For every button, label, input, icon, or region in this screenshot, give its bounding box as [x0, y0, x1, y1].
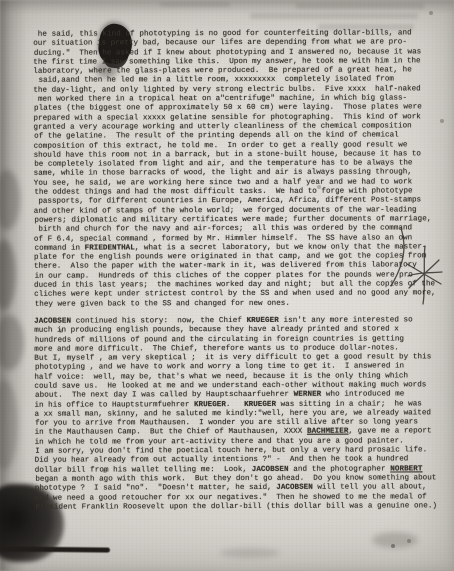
text-line: be completely isolated from light and ai…: [34, 159, 448, 170]
margin-smudge: [220, 548, 280, 558]
paragraph: JACOBSEN continued his story: now, the C…: [34, 316, 449, 513]
text-line: I am sorry, you don't find the poetical …: [35, 446, 449, 457]
text-line: about. The next day I was called by Haup…: [35, 391, 449, 402]
margin-smudge: [372, 532, 418, 548]
text-line: ducing." Then he asked if I knew about p…: [34, 48, 448, 59]
dust-speckles: [0, 0, 2, 2]
text-line: phototyping , and we have to work and wo…: [35, 363, 449, 374]
bleed-through-smudge: [250, 13, 418, 19]
text-line: of the gelatine. The result of the print…: [34, 132, 448, 143]
text-line: began a month ago with this work. But th…: [35, 474, 449, 485]
handwritten-asterisk-mark: [383, 226, 447, 312]
text-line: powers; diplomatic and military certific…: [34, 215, 448, 226]
text-line: for you to arrive from Mauthausen. I won…: [35, 418, 449, 429]
text-line: the oddest things and had the most diffi…: [34, 187, 448, 198]
scanned-document-page: he said, this kind of phototyping is no …: [0, 0, 454, 571]
text-line: said,aand then he led me in a little roo…: [34, 76, 448, 87]
bleed-through-smudge: [296, 3, 424, 9]
text-line: President Franklin Roosevelt upon the do…: [35, 502, 449, 513]
text-line: plates (the biggest one of approximately…: [34, 104, 448, 115]
text-line: hundreds of millions of pound and the ci…: [35, 335, 449, 346]
bleed-through-smudge: [160, 2, 230, 7]
